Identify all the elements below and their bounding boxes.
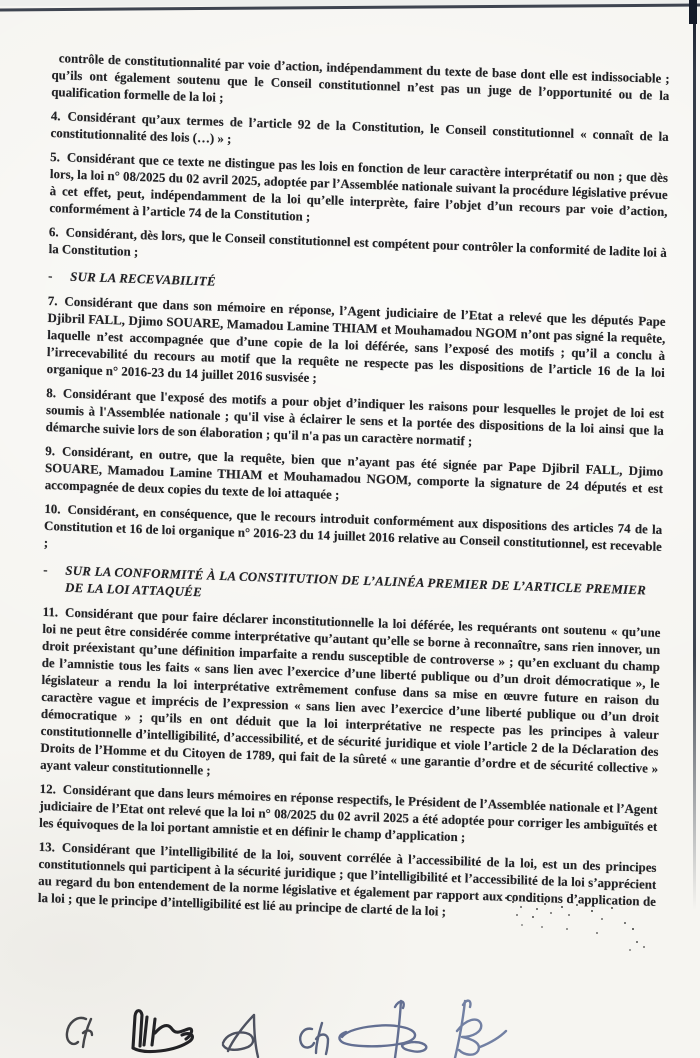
paragraph-11: 11.Considérant que pour faire déclarer i…	[40, 604, 661, 795]
paragraph-text: Considérant que ce texte ne distingue pa…	[49, 151, 668, 224]
heading-dash: -	[48, 268, 70, 286]
text-block: contrôle de constitutionnalité par voie …	[38, 50, 670, 935]
document-page: contrôle de constitutionnalité par voie …	[0, 0, 700, 1058]
paragraph-text: contrôle de constitutionnalité par voie …	[51, 51, 670, 105]
paragraph-number: 9.	[45, 444, 55, 458]
paragraph-text: Considérant que dans son mémoire en répo…	[47, 295, 666, 386]
heading-text: SUR LA RECEVABILITÉ	[70, 269, 216, 291]
signature-mark-6	[455, 1001, 506, 1058]
paragraph-text: Considérant que l’intelligibilité de la …	[38, 841, 657, 919]
paragraph-text: Considérant que dans leurs mémoires en r…	[39, 783, 658, 845]
signature-mark-4	[300, 1023, 328, 1054]
paragraph-number: 4.	[51, 109, 61, 123]
paragraph-number: 11.	[43, 605, 59, 620]
paragraph-number: 13.	[39, 840, 55, 855]
paragraph-number: 10.	[44, 502, 60, 517]
ink-stain	[505, 897, 507, 899]
paragraph-number: 6.	[49, 225, 59, 239]
signature-mark-2	[133, 1011, 192, 1052]
signature-mark-3	[223, 1015, 258, 1057]
paragraph-number: 8.	[46, 386, 56, 400]
paragraph-number: 7.	[48, 294, 58, 308]
scan-corner-mark	[689, 0, 697, 24]
paragraph-number: 12.	[40, 782, 56, 797]
signature-mark-5	[339, 1001, 426, 1058]
heading-dash: -	[43, 562, 66, 597]
paragraph-13: 13.Considérant que l’intelligibilité de …	[38, 839, 657, 928]
paragraph-number: 5.	[50, 150, 60, 164]
paragraph-7: 7.Considérant que dans son mémoire en ré…	[47, 293, 666, 399]
paragraph-5: 5.Considérant que ce texte ne distingue …	[49, 149, 668, 238]
signatures	[40, 985, 530, 1058]
scan-edge-right	[693, 0, 696, 910]
signature-mark-1	[67, 1018, 92, 1047]
paragraph-text: Considérant que pour faire déclarer inco…	[40, 606, 661, 778]
